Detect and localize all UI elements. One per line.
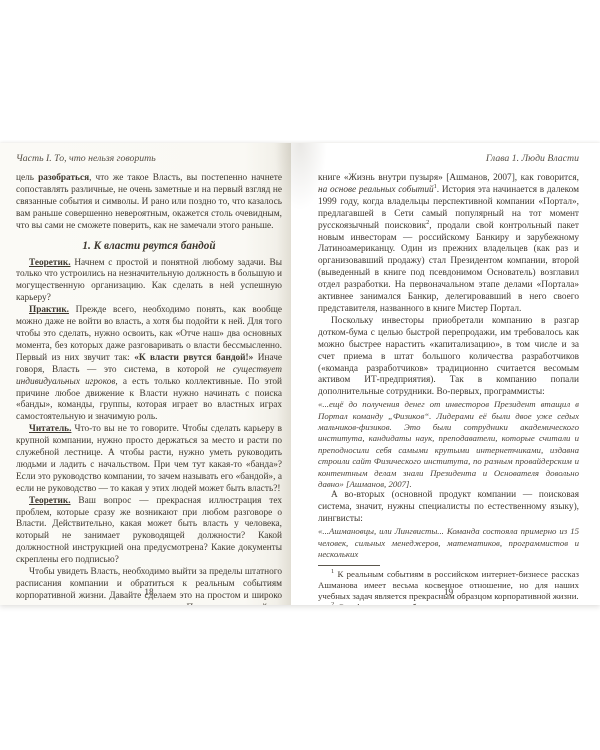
text-segment: , продали свой контрольный пакет новым и… [318,221,579,314]
footnote-separator [318,565,380,566]
section-heading: 1. К власти рвутся бандой [16,240,282,253]
paragraph-linguists: А во-вторых (основной продукт компании —… [318,490,579,526]
paragraph-continuation: цель разобраться, что же такое Власть, в… [16,173,282,233]
left-page: Часть I. То, что нельзя говорить цель ра… [0,143,291,605]
italic-phrase: на основе реальных событий [318,185,434,195]
running-head-left: Часть I. То, что нельзя говорить [16,152,282,165]
right-page: Глава 1. Люди Власти книге «Жизнь внутри… [291,143,600,605]
footnote-text: Google тогда тоже был всего лишь поисков… [318,602,579,605]
quote-block-physicists: «...ещё до получения денег от инвесторов… [318,399,579,490]
text-segment: книге «Жизнь внутри пузыря» [Ашманов, 20… [318,173,579,183]
running-head-right: Глава 1. Люди Власти [318,152,579,165]
quote-block-linguists: «...Ашмановцы, или Лингвисты... Команда … [318,526,579,560]
speaker-name: Теоретик. [29,258,71,268]
speaker-name: Теоретик. [29,496,71,506]
page-number-left: 18 [16,588,282,598]
text-segment: Ваш вопрос — прекрасная иллюстрация тех … [16,496,282,566]
text-segment: Поскольку инвесторы приобретали компанию… [318,316,579,397]
paragraph-investors: Поскольку инвесторы приобретали компанию… [318,316,579,399]
dialogue-chitatel: Читатель. Что-то вы не то говорите. Чтоб… [16,424,282,495]
paragraph-closing: Чтобы увидеть Власть, необходимо выйти з… [16,567,282,605]
right-page-body: книге «Жизнь внутри пузыря» [Ашманов, 20… [318,173,579,605]
speaker-name: Читатель. [29,424,71,434]
dialogue-teoretik-1: Теоретик. Начнем с простой и понятной лю… [16,258,282,306]
footnote-2: 2 Google тогда тоже был всего лишь поиск… [318,602,579,605]
page-number-right: 19 [318,588,579,598]
dialogue-praktik: Практик. Прежде всего, необходимо понять… [16,305,282,424]
text-segment: Что-то вы не то говорите. Чтобы сделать … [16,424,282,494]
bold-phrase: «К власти рвутся бандой!» [134,353,253,363]
left-page-body: цель разобраться, что же такое Власть, в… [16,173,282,605]
dialogue-teoretik-2: Теоретик. Ваш вопрос — прекрасная иллюст… [16,496,282,567]
quote-text: «...Ашмановцы, или Лингвисты... Команда … [318,526,579,559]
paragraph-story: книге «Жизнь внутри пузыря» [Ашманов, 20… [318,173,579,316]
book-spread: Часть I. То, что нельзя говорить цель ра… [0,143,600,605]
text-segment: Чтобы увидеть Власть, необходимо выйти з… [16,567,282,605]
bold-term: разобраться [38,173,89,183]
speaker-name: Практик. [29,305,69,315]
quote-text: «...ещё до получения денег от инвесторов… [318,399,579,489]
book-photo: Часть I. То, что нельзя говорить цель ра… [0,0,600,750]
text-segment: цель [16,173,38,183]
text-segment: А во-вторых (основной продукт компании —… [318,490,579,524]
